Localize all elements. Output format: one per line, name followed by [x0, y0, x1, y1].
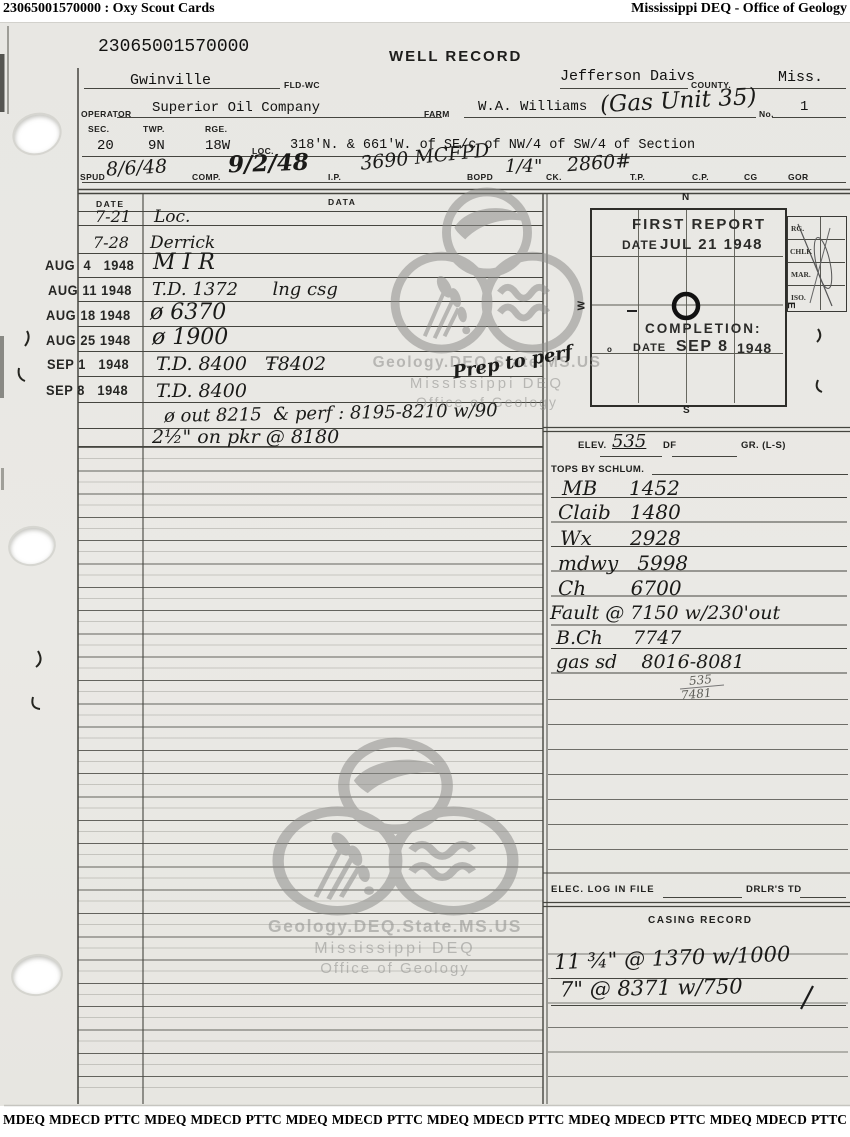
msdeq-logo-icon — [263, 736, 528, 916]
index-stamp-row: ISO. — [791, 293, 806, 302]
comp-date: 9/2/48 — [228, 149, 310, 179]
tops-entry: Claib 1480 — [558, 500, 681, 524]
log-row-data: T.D. 8400 — [156, 380, 247, 402]
compass-west: W — [576, 301, 587, 311]
compass-east: E — [785, 302, 796, 309]
compass-south: S — [683, 405, 690, 416]
state-name: Miss. — [778, 69, 823, 86]
footer-org: MDEQ — [710, 1112, 752, 1128]
elev-gr-label: GR. (L-S) — [741, 440, 786, 451]
twp-value: 9N — [148, 138, 165, 154]
msdeq-logo-icon — [382, 186, 592, 354]
spud-date: 8/6/48 — [105, 155, 167, 180]
footer-org: MDEQ — [568, 1112, 610, 1128]
tops-label: TOPS BY SCHLUM. — [551, 464, 644, 475]
log-row-data: T.D. 1372 lng csg — [152, 279, 338, 300]
spud-label: SPUD — [80, 172, 105, 182]
log-row-date: AUG 18 1948 — [46, 308, 131, 323]
log-data-header: DATA — [328, 197, 356, 207]
rge-value: 18W — [205, 138, 230, 154]
completion-date: SEP 8 — [676, 338, 729, 356]
log-row-data: ø 1900 — [152, 325, 228, 350]
elev-df-label: DF — [663, 440, 676, 451]
bopd-label: BOPD — [467, 172, 493, 182]
index-stamp-row: RG. — [791, 224, 804, 233]
loc-value: 318'N. & 661'W. of SE/c of NW/4 of SW/4 … — [290, 138, 695, 153]
footer-org: PTTC — [104, 1112, 140, 1128]
completion-dot: o — [607, 345, 612, 354]
footer-org: MDECD — [190, 1112, 241, 1128]
completion-stamp: COMPLETION: — [645, 321, 762, 336]
ck-label: CK. — [546, 172, 562, 182]
footer-org: MDEQ — [427, 1112, 469, 1128]
log-row-date: 7-21 — [95, 207, 131, 226]
operator-name: Superior Oil Company — [152, 100, 320, 116]
footer-org: PTTC — [387, 1112, 423, 1128]
footer-org: PTTC — [528, 1112, 564, 1128]
farm-name: W.A. Williams — [478, 99, 587, 115]
tops-entry: Wx 2928 — [560, 526, 681, 550]
completion-year: 1948 — [737, 340, 772, 356]
farm-label: FARM — [424, 109, 450, 119]
field-name: Gwinville — [130, 72, 211, 89]
rge-label: RGE. — [205, 124, 227, 134]
field-label: FLD-WC — [284, 80, 320, 90]
log-row-data: 2½" on pkr @ 8180 — [152, 426, 339, 448]
sec-label: SEC. — [88, 124, 109, 134]
tops-entry: Ch 6700 — [558, 576, 682, 600]
footer-org: MDECD — [614, 1112, 665, 1128]
log-row-data: ø 6370 — [150, 300, 226, 325]
footer-org: MDECD — [49, 1112, 100, 1128]
gor-label: GOR — [788, 172, 809, 182]
elev-value: 535 — [612, 431, 646, 452]
scanned-well-record-page: 23065001570000 : Oxy Scout Cards Mississ… — [0, 0, 850, 1137]
well-id: 23065001570000 — [98, 37, 249, 57]
comp-label: COMP. — [192, 172, 221, 182]
tp-label: T.P. — [630, 172, 645, 182]
compass-north: N — [682, 192, 690, 203]
footer-org: MDECD — [332, 1112, 383, 1128]
form-title: WELL RECORD — [389, 48, 522, 65]
first-report-stamp: FIRST REPORT — [632, 216, 766, 233]
log-row-data: M I R — [153, 250, 215, 275]
operator-label: OPERATOR — [81, 109, 132, 119]
footer-org: MDEQ — [3, 1112, 45, 1128]
watermark-lower: Geology.DEQ.State.MS.US Mississippi DEQ … — [240, 736, 550, 977]
log-row-date: 7-28 — [93, 233, 129, 252]
log-row-date: AUG 11 1948 — [48, 283, 132, 298]
scan-header-right: Mississippi DEQ - Office of Geology — [631, 1, 847, 17]
index-stamp-row: MAR. — [791, 270, 811, 279]
index-stamp-row: CHLK — [790, 247, 812, 256]
log-row-date: AUG 25 1948 — [46, 333, 131, 348]
drlrs-td-label: DRLR'S TD — [746, 884, 802, 895]
scan-footer-bar: MDEQ MDECD PTTC MDEQ MDECD PTTC MDEQ MDE… — [0, 1112, 850, 1128]
right-column-ruled-lines — [548, 675, 848, 872]
scan-header-bar: 23065001570000 : Oxy Scout Cards Mississ… — [0, 0, 850, 21]
cg-label: CG — [744, 172, 758, 182]
scan-header-left: 23065001570000 : Oxy Scout Cards — [3, 1, 215, 17]
cp-label: C.P. — [692, 172, 709, 182]
footer-org: MDEQ — [286, 1112, 328, 1128]
watermark-url: Geology.DEQ.State.MS.US — [240, 916, 550, 937]
log-row-data: T.D. 8400 Ŧ8402 — [156, 353, 326, 375]
footer-org: MDEQ — [144, 1112, 186, 1128]
choke-size: 1/4" — [505, 156, 542, 177]
footer-org: PTTC — [246, 1112, 282, 1128]
footer-org: MDECD — [473, 1112, 524, 1128]
casing-record-title: CASING RECORD — [648, 915, 753, 926]
ip-label: I.P. — [328, 172, 341, 182]
elev-label: ELEV. — [578, 440, 607, 451]
tops-entry: Fault @ 7150 w/230'out — [550, 602, 780, 624]
tops-entry: gas sd 8016-8081 — [556, 651, 744, 673]
completion-date-label: DATE — [633, 342, 666, 354]
first-report-date: JUL 21 1948 — [660, 236, 763, 253]
tops-entry: B.Ch 7747 — [556, 627, 681, 649]
log-row-date: SEP 8 1948 — [46, 383, 128, 398]
tops-entry: mdwy 5998 — [558, 551, 688, 575]
well-no: 1 — [800, 99, 808, 115]
watermark-office: Office of Geology — [240, 960, 550, 977]
tops-entry: MB 1452 — [562, 476, 680, 500]
footer-org: PTTC — [811, 1112, 847, 1128]
watermark-agency: Mississippi DEQ — [240, 940, 550, 958]
sec-value: 20 — [97, 138, 114, 154]
elec-log-label: ELEC. LOG IN FILE — [551, 884, 655, 895]
pencil-denominator: 7481 — [680, 686, 712, 703]
first-report-date-label: DATE — [622, 238, 658, 252]
county-name: Jefferson Daivs — [560, 68, 695, 85]
log-row-date: SEP 1 1948 — [47, 357, 129, 372]
footer-org: PTTC — [670, 1112, 706, 1128]
footer-org: MDECD — [756, 1112, 807, 1128]
twp-label: TWP. — [143, 124, 165, 134]
tubing-pressure: 2860# — [566, 150, 632, 176]
log-row-date: AUG 4 1948 — [45, 258, 134, 273]
well-no-label: No. — [759, 109, 774, 119]
log-row-data: Loc. — [154, 207, 190, 227]
casing-entry: 7" @ 8371 w/750 — [560, 974, 743, 1001]
